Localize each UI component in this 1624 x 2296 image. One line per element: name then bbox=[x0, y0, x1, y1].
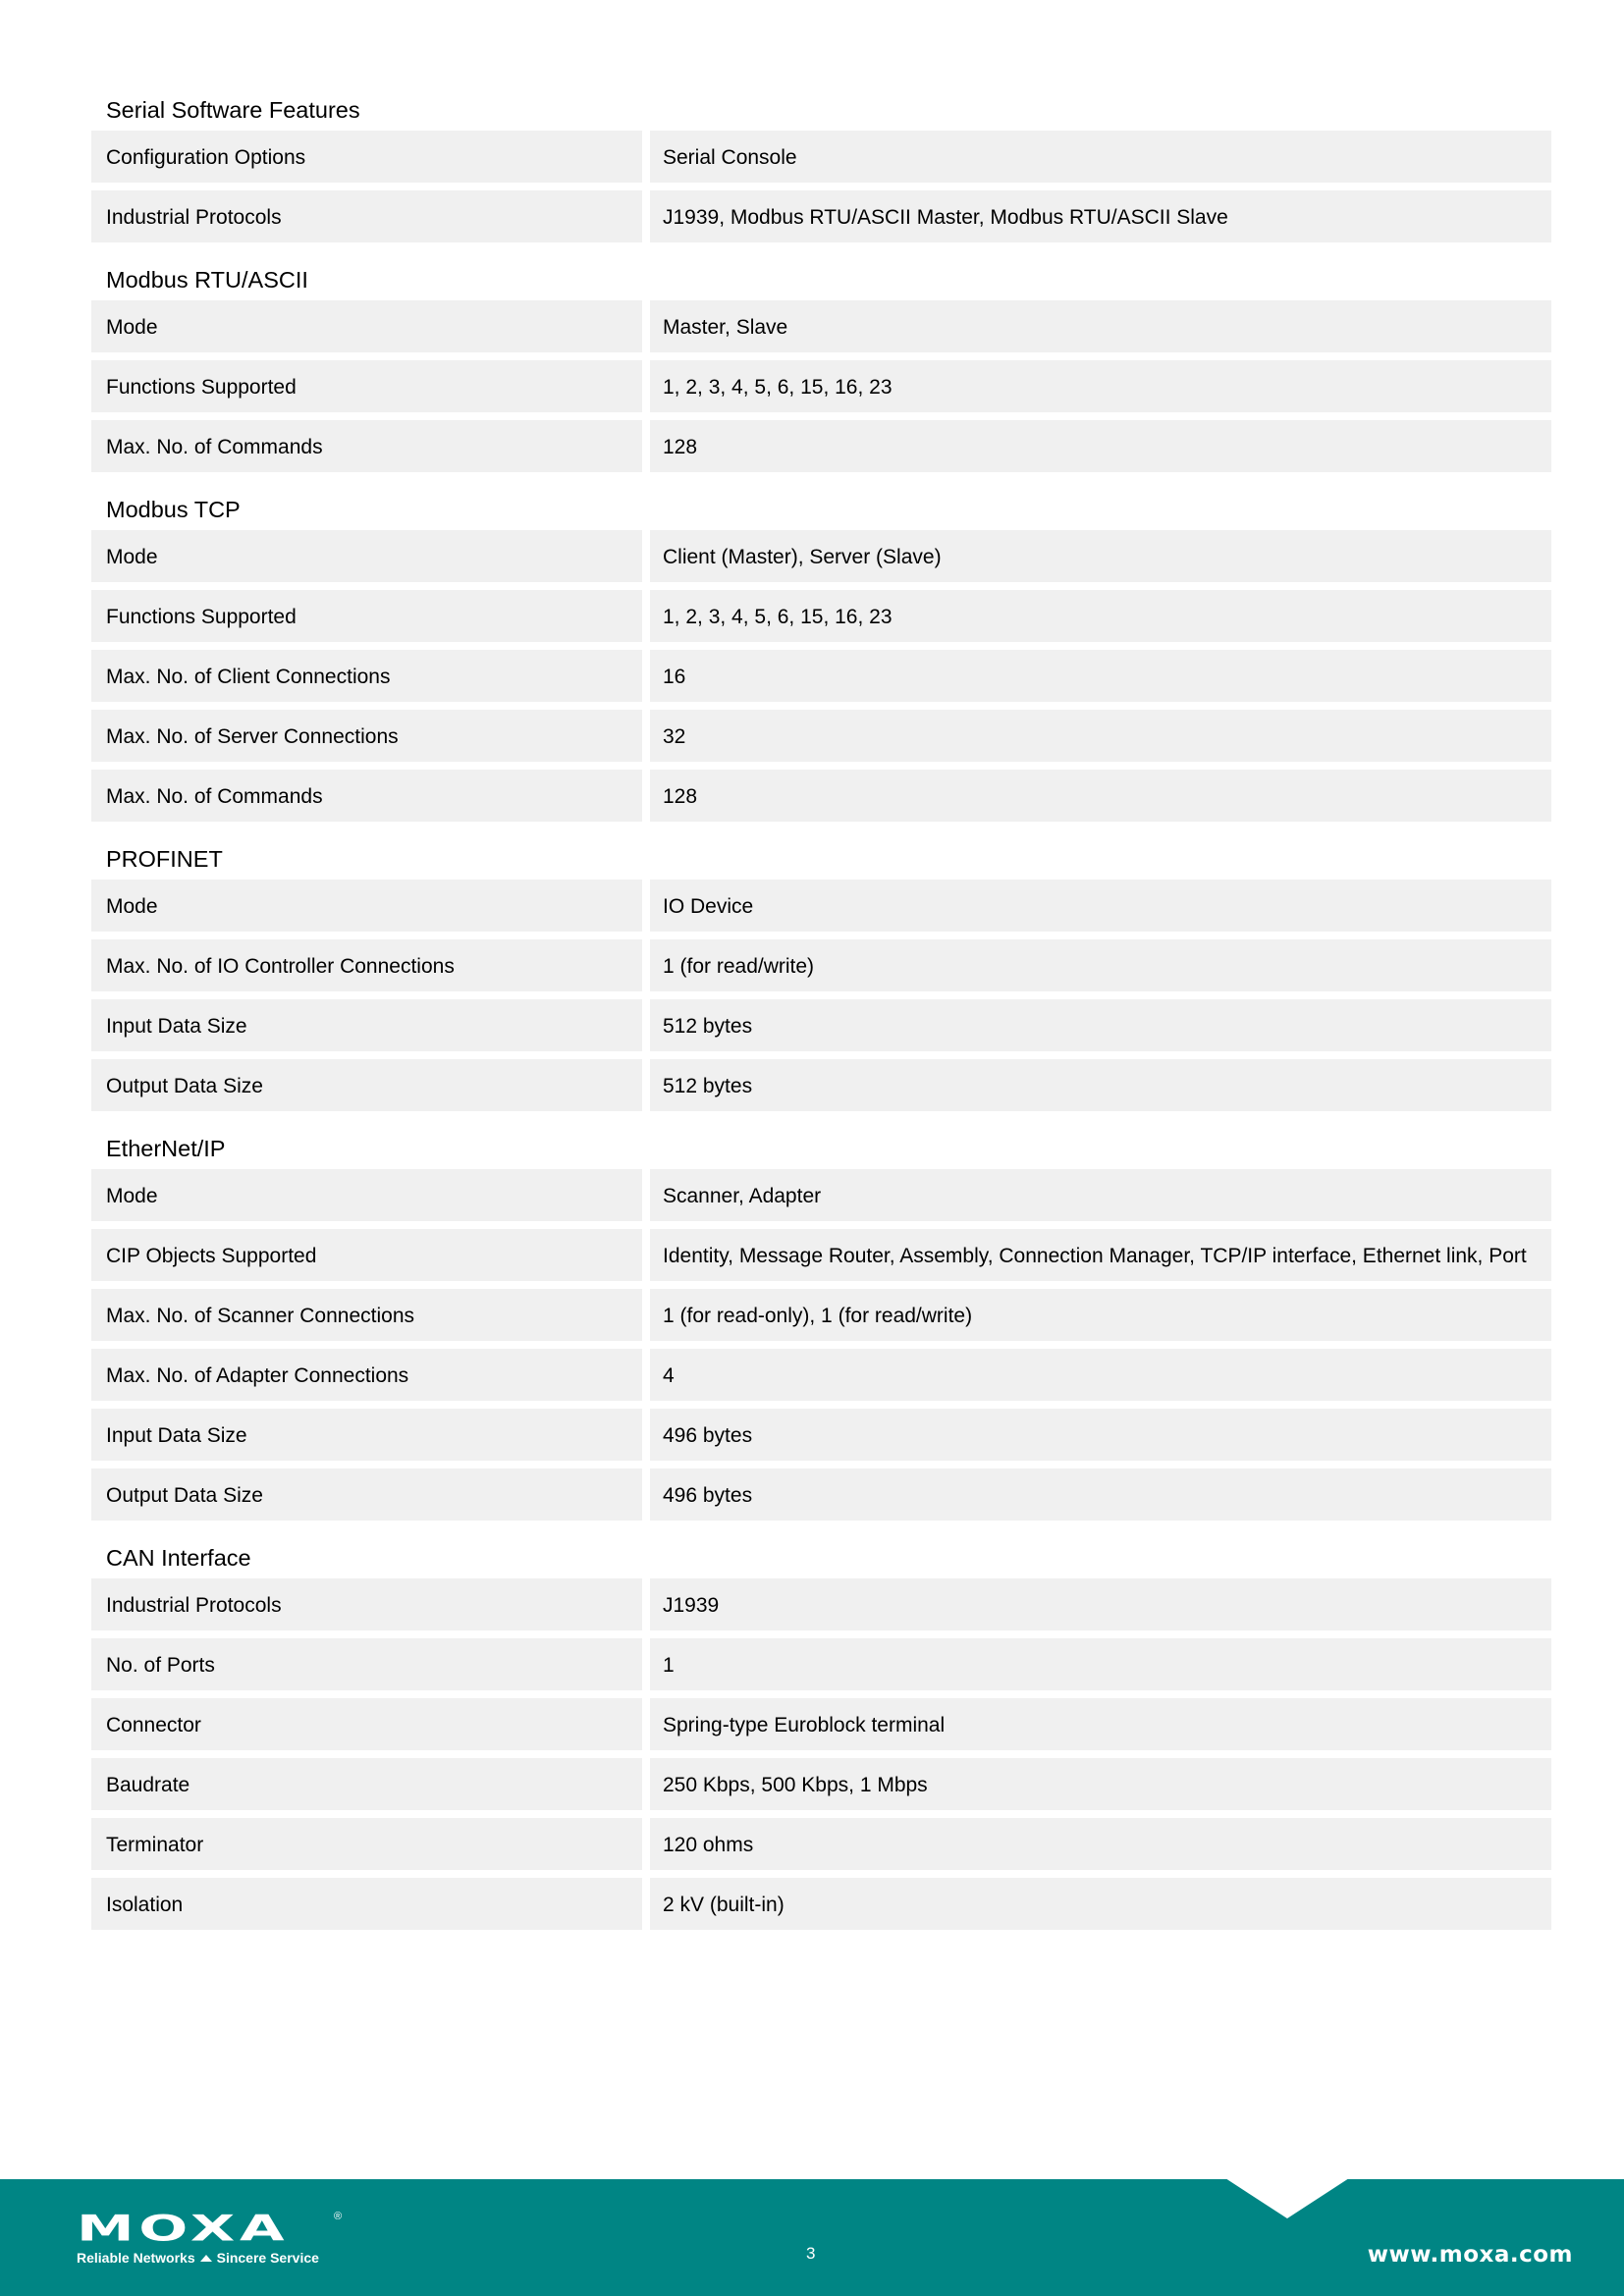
spec-label: Max. No. of Server Connections bbox=[91, 710, 642, 762]
spec-row: ModeIO Device bbox=[91, 880, 1551, 932]
spec-value: 4 bbox=[650, 1349, 1551, 1401]
spec-label: Mode bbox=[91, 530, 642, 582]
spec-row: ModeMaster, Slave bbox=[91, 300, 1551, 352]
website-link[interactable]: www.moxa.com bbox=[1368, 2242, 1573, 2268]
spec-label: Max. No. of Adapter Connections bbox=[91, 1349, 642, 1401]
spec-label: Connector bbox=[91, 1698, 642, 1750]
spec-label: Max. No. of Commands bbox=[91, 770, 642, 822]
spec-label: Mode bbox=[91, 1169, 642, 1221]
spec-value: 2 kV (built-in) bbox=[650, 1878, 1551, 1930]
section-heading: Serial Software Features bbox=[91, 80, 1551, 131]
spec-label: Baudrate bbox=[91, 1758, 642, 1810]
spec-label: Input Data Size bbox=[91, 1409, 642, 1461]
spec-label: Functions Supported bbox=[91, 590, 642, 642]
spec-label: Functions Supported bbox=[91, 360, 642, 412]
spec-value: 120 ohms bbox=[650, 1818, 1551, 1870]
spec-value: 1 bbox=[650, 1638, 1551, 1690]
spec-row: Terminator120 ohms bbox=[91, 1818, 1551, 1870]
spec-label: Max. No. of Scanner Connections bbox=[91, 1289, 642, 1341]
spec-row: Max. No. of Adapter Connections4 bbox=[91, 1349, 1551, 1401]
spec-value: J1939, Modbus RTU/ASCII Master, Modbus R… bbox=[650, 190, 1551, 242]
tagline-right: Sincere Service bbox=[217, 2250, 319, 2266]
spec-row: ModeScanner, Adapter bbox=[91, 1169, 1551, 1221]
spec-value: Client (Master), Server (Slave) bbox=[650, 530, 1551, 582]
spec-value: 16 bbox=[650, 650, 1551, 702]
spec-label: Max. No. of Client Connections bbox=[91, 650, 642, 702]
triangle-icon bbox=[200, 2255, 212, 2262]
spec-row: Output Data Size512 bytes bbox=[91, 1059, 1551, 1111]
page-number: 3 bbox=[806, 2244, 815, 2264]
spec-value: J1939 bbox=[650, 1578, 1551, 1630]
spec-value: 496 bytes bbox=[650, 1468, 1551, 1521]
section-heading: EtherNet/IP bbox=[91, 1119, 1551, 1169]
spec-value: 1 (for read/write) bbox=[650, 939, 1551, 991]
spec-row: Input Data Size512 bytes bbox=[91, 999, 1551, 1051]
spec-value: 128 bbox=[650, 420, 1551, 472]
registered-mark: ® bbox=[334, 2211, 342, 2222]
spec-value: 128 bbox=[650, 770, 1551, 822]
spec-value: 250 Kbps, 500 Kbps, 1 Mbps bbox=[650, 1758, 1551, 1810]
footer-notch-decoration bbox=[1225, 2178, 1349, 2218]
spec-label: Configuration Options bbox=[91, 131, 642, 183]
spec-row: Baudrate250 Kbps, 500 Kbps, 1 Mbps bbox=[91, 1758, 1551, 1810]
spec-sheet-content: Serial Software FeaturesConfiguration Op… bbox=[91, 80, 1551, 1938]
logo-tagline: Reliable NetworksSincere Service bbox=[77, 2250, 352, 2266]
spec-label: Max. No. of Commands bbox=[91, 420, 642, 472]
section-heading-text: PROFINET bbox=[106, 848, 223, 872]
spec-row: ConnectorSpring-type Euroblock terminal bbox=[91, 1698, 1551, 1750]
section-heading: Modbus TCP bbox=[91, 480, 1551, 530]
section-heading: Modbus RTU/ASCII bbox=[91, 250, 1551, 300]
spec-label: Output Data Size bbox=[91, 1059, 642, 1111]
logo-wordmark: MOXA bbox=[77, 2213, 503, 2244]
spec-value: 32 bbox=[650, 710, 1551, 762]
spec-row: Max. No. of IO Controller Connections1 (… bbox=[91, 939, 1551, 991]
section-heading-text: EtherNet/IP bbox=[106, 1138, 225, 1161]
spec-row: Max. No. of Scanner Connections1 (for re… bbox=[91, 1289, 1551, 1341]
spec-row: Isolation2 kV (built-in) bbox=[91, 1878, 1551, 1930]
spec-label: Max. No. of IO Controller Connections bbox=[91, 939, 642, 991]
spec-row: Max. No. of Server Connections32 bbox=[91, 710, 1551, 762]
spec-label: Mode bbox=[91, 880, 642, 932]
tagline-left: Reliable Networks bbox=[77, 2250, 195, 2266]
spec-label: Industrial Protocols bbox=[91, 1578, 642, 1630]
spec-row: Input Data Size496 bytes bbox=[91, 1409, 1551, 1461]
spec-label: Output Data Size bbox=[91, 1468, 642, 1521]
spec-row: Functions Supported1, 2, 3, 4, 5, 6, 15,… bbox=[91, 360, 1551, 412]
section-heading-text: Modbus RTU/ASCII bbox=[106, 269, 308, 293]
spec-label: Input Data Size bbox=[91, 999, 642, 1051]
spec-value: IO Device bbox=[650, 880, 1551, 932]
spec-value: Identity, Message Router, Assembly, Conn… bbox=[650, 1229, 1551, 1281]
section-heading-text: Serial Software Features bbox=[106, 99, 360, 123]
spec-value: 512 bytes bbox=[650, 1059, 1551, 1111]
section-heading: CAN Interface bbox=[91, 1528, 1551, 1578]
spec-label: CIP Objects Supported bbox=[91, 1229, 642, 1281]
spec-row: Max. No. of Client Connections16 bbox=[91, 650, 1551, 702]
spec-row: Max. No. of Commands128 bbox=[91, 770, 1551, 822]
section-heading-text: Modbus TCP bbox=[106, 499, 241, 522]
spec-label: Terminator bbox=[91, 1818, 642, 1870]
spec-label: Industrial Protocols bbox=[91, 190, 642, 242]
spec-row: No. of Ports1 bbox=[91, 1638, 1551, 1690]
section-heading-text: CAN Interface bbox=[106, 1547, 251, 1571]
spec-label: No. of Ports bbox=[91, 1638, 642, 1690]
spec-row: Industrial ProtocolsJ1939, Modbus RTU/AS… bbox=[91, 190, 1551, 242]
spec-row: Industrial ProtocolsJ1939 bbox=[91, 1578, 1551, 1630]
spec-value: Master, Slave bbox=[650, 300, 1551, 352]
spec-label: Mode bbox=[91, 300, 642, 352]
spec-value: Scanner, Adapter bbox=[650, 1169, 1551, 1221]
spec-row: Output Data Size496 bytes bbox=[91, 1468, 1551, 1521]
spec-row: Configuration OptionsSerial Console bbox=[91, 131, 1551, 183]
spec-row: CIP Objects SupportedIdentity, Message R… bbox=[91, 1229, 1551, 1281]
spec-value: 1, 2, 3, 4, 5, 6, 15, 16, 23 bbox=[650, 590, 1551, 642]
spec-label: Isolation bbox=[91, 1878, 642, 1930]
spec-value: 496 bytes bbox=[650, 1409, 1551, 1461]
spec-value: Serial Console bbox=[650, 131, 1551, 183]
spec-value: 1 (for read-only), 1 (for read/write) bbox=[650, 1289, 1551, 1341]
spec-value: 1, 2, 3, 4, 5, 6, 15, 16, 23 bbox=[650, 360, 1551, 412]
spec-row: Max. No. of Commands128 bbox=[91, 420, 1551, 472]
spec-value: Spring-type Euroblock terminal bbox=[650, 1698, 1551, 1750]
spec-row: Functions Supported1, 2, 3, 4, 5, 6, 15,… bbox=[91, 590, 1551, 642]
spec-row: ModeClient (Master), Server (Slave) bbox=[91, 530, 1551, 582]
spec-value: 512 bytes bbox=[650, 999, 1551, 1051]
moxa-logo: MOXA ® Reliable NetworksSincere Service bbox=[77, 2213, 352, 2266]
section-heading: PROFINET bbox=[91, 829, 1551, 880]
